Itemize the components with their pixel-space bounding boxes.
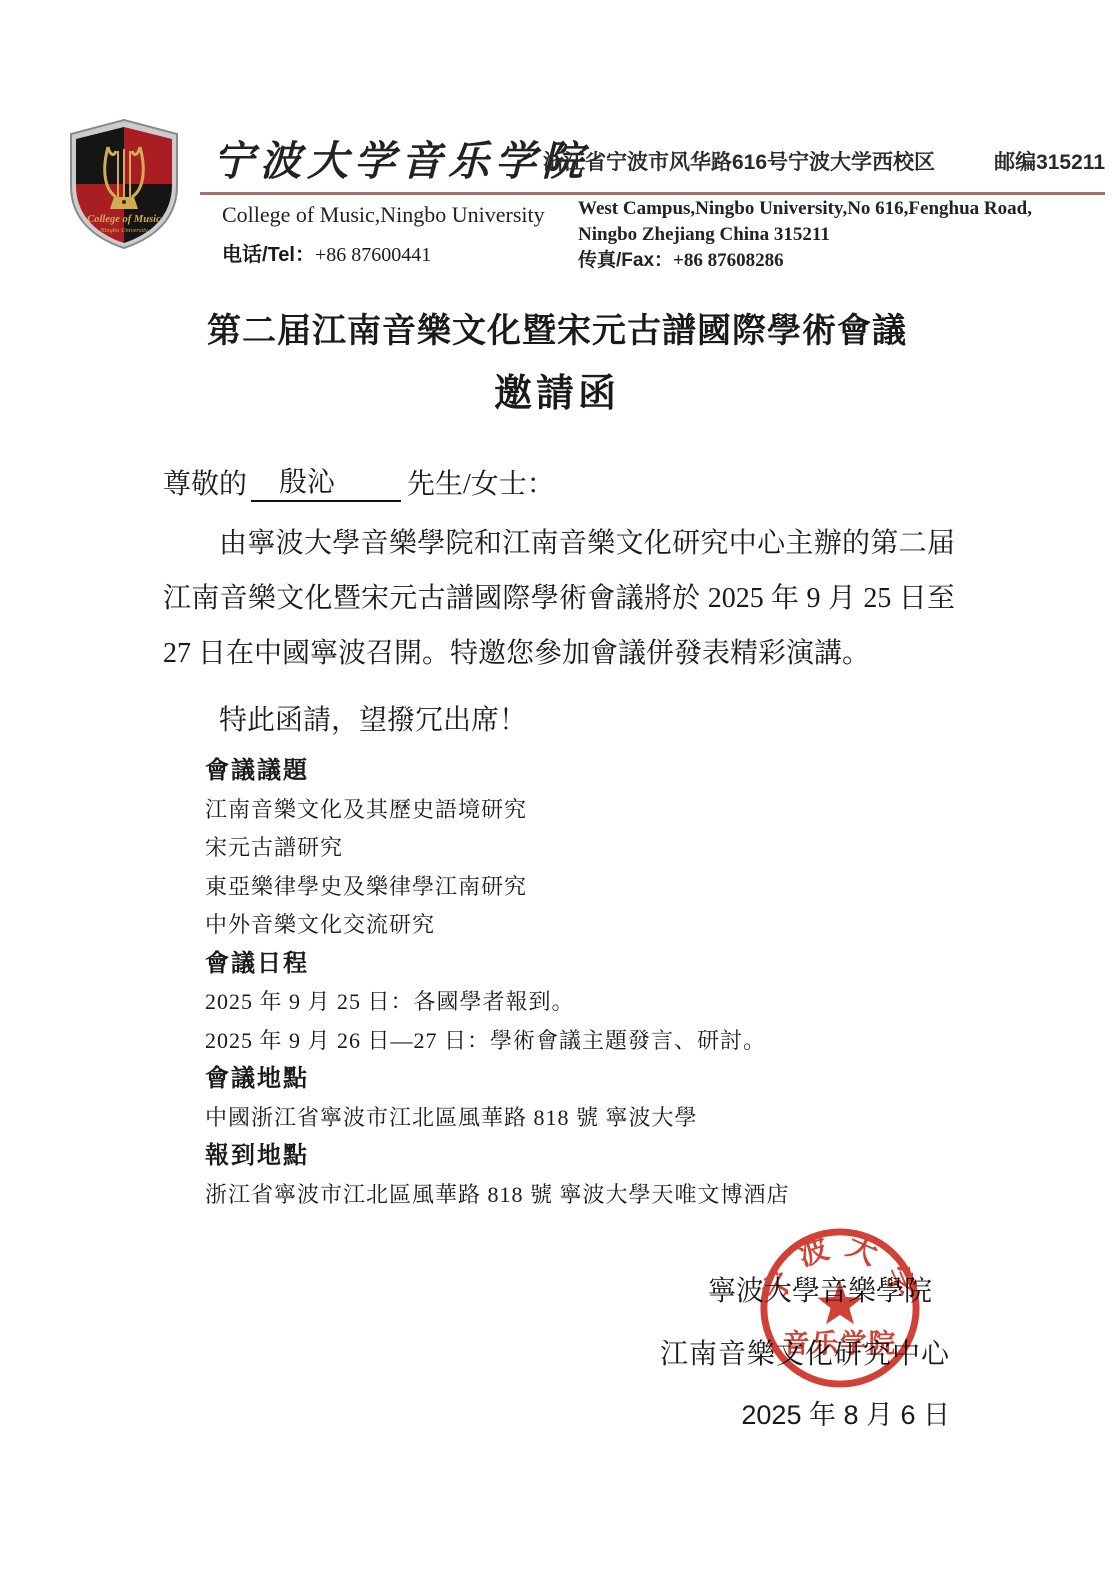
checkin-item: 浙江省寧波市江北區風華路 818 號 寧波大學天唯文博酒店	[205, 1176, 790, 1215]
postcode-text: 邮编315211	[994, 146, 1105, 176]
section-heading-venue: 會議地點	[205, 1060, 790, 1099]
salutation-line: 尊敬的殷沁先生/女士：	[163, 460, 555, 502]
fax-value: +86 87608286	[673, 250, 784, 271]
invitation-title: 邀請函	[0, 362, 1114, 417]
fax-line: 传真/Fax：+86 87608286	[578, 248, 1098, 274]
header-divider-line	[200, 192, 1105, 195]
body-paragraph-2: 特此函請，望撥冗出席！	[163, 698, 527, 738]
topic-item: 中外音樂文化交流研究	[205, 906, 790, 945]
recipient-name: 殷沁	[251, 460, 401, 502]
en-address-line2: Ningbo Zhejiang China 315211	[578, 222, 1098, 248]
college-name-calligraphy: 宁波大学音乐学院	[213, 128, 589, 187]
salutation-prefix: 尊敬的	[163, 469, 247, 500]
section-heading-checkin: 報到地點	[205, 1137, 790, 1176]
seal-star-icon	[817, 1281, 862, 1324]
college-name-en: College of Music,Ningbo University	[222, 202, 545, 228]
venue-item: 中國浙江省寧波市江北區風華路 818 號 寧波大學	[205, 1099, 790, 1138]
seal-stamp-icon: 宁波大学 音乐学院	[756, 1224, 924, 1392]
en-address-line1: West Campus,Ningbo University,No 616,Fen…	[578, 196, 1098, 222]
section-heading-schedule: 會議日程	[205, 945, 790, 984]
agenda-sections: 會議議題 江南音樂文化及其歷史語境研究 宋元古譜研究 東亞樂律學史及樂律學江南研…	[205, 752, 790, 1214]
salutation-suffix: 先生/女士：	[407, 469, 555, 500]
body-paragraph-1: 由寧波大學音樂學院和江南音樂文化研究中心主辦的第二届江南音樂文化暨宋元古譜國際學…	[163, 516, 955, 681]
seal-bottom-text: 音乐学院	[783, 1328, 898, 1358]
cn-address-text: 浙江省宁波市风华路616号宁波大学西校区	[543, 146, 935, 176]
header-en-address: West Campus,Ningbo University,No 616,Fen…	[578, 196, 1098, 274]
topic-item: 東亞樂律學史及樂律學江南研究	[205, 868, 790, 907]
section-heading-topics: 會議議題	[205, 752, 790, 791]
college-logo: College of Music Ningbo University	[62, 117, 186, 255]
signature-date: 2025 年 8 月 6 日	[660, 1395, 950, 1435]
header-cn-address: 浙江省宁波市风华路616号宁波大学西校区 邮编315211	[543, 146, 1105, 176]
telephone-line: 电话/Tel：+86 87600441	[222, 238, 431, 267]
schedule-item: 2025 年 9 月 25 日：各國學者報到。	[205, 983, 790, 1022]
official-seal: 宁波大学 音乐学院	[756, 1224, 924, 1392]
shield-icon: College of Music Ningbo University	[62, 117, 186, 255]
tel-label: 电话/Tel：	[222, 244, 315, 266]
fax-label: 传真/Fax：	[578, 250, 673, 271]
logo-text-line1: College of Music	[87, 214, 161, 225]
conference-title: 第二届江南音樂文化暨宋元古譜國際學術會議	[0, 303, 1114, 352]
topic-item: 江南音樂文化及其歷史語境研究	[205, 791, 790, 830]
topic-item: 宋元古譜研究	[205, 829, 790, 868]
schedule-item: 2025 年 9 月 26 日—27 日：學術會議主題發言、研討。	[205, 1022, 790, 1061]
logo-text-line2: Ningbo University	[99, 227, 148, 234]
tel-value: +86 87600441	[315, 244, 431, 266]
